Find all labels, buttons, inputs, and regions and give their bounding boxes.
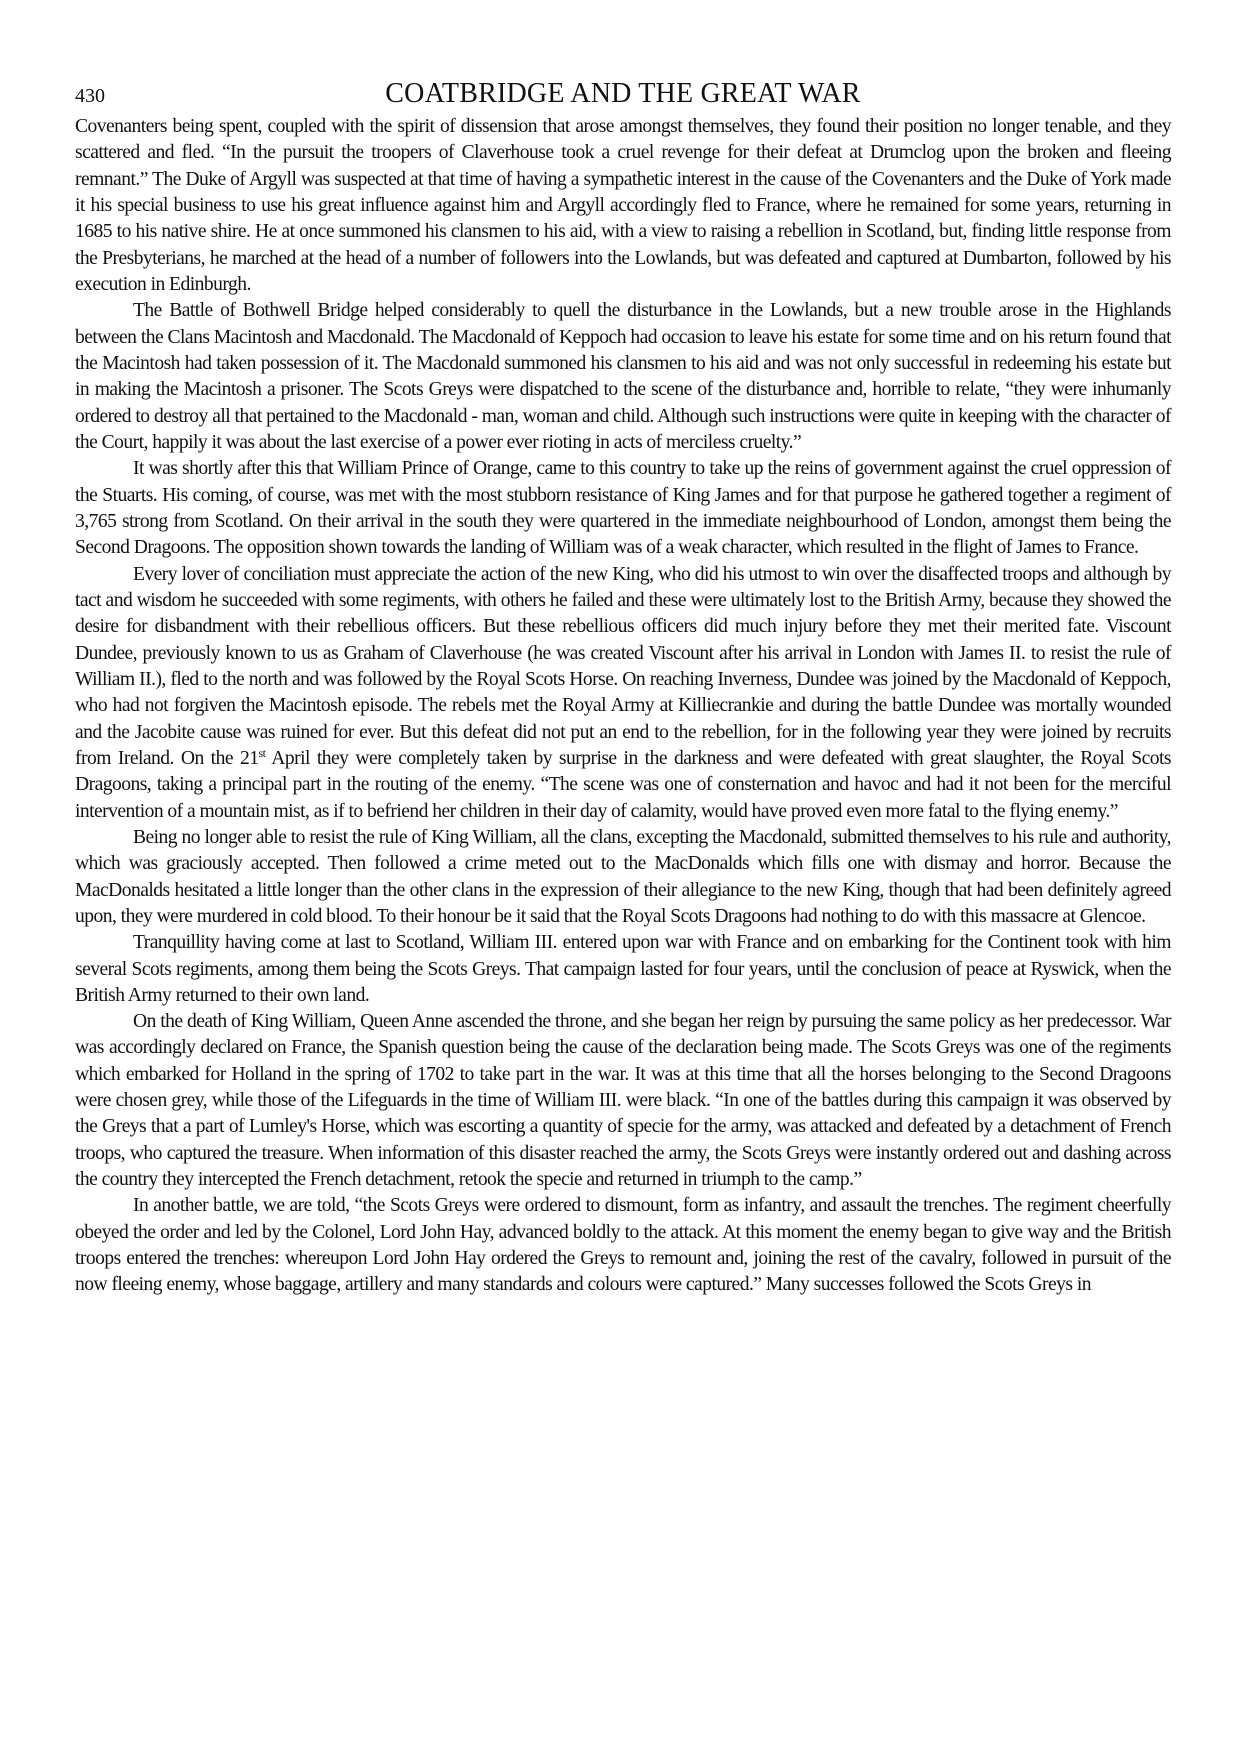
paragraph-william-of-orange: It was shortly after this that William P… (75, 456, 1171, 561)
paragraph-another-battle: In another battle, we are told, “the Sco… (75, 1193, 1171, 1298)
paragraph-text: Every lover of conciliation must appreci… (75, 564, 1171, 769)
paragraph-queen-anne: On the death of King William, Queen Anne… (75, 1009, 1171, 1193)
document-page: 430 COATBRIDGE AND THE GREAT WAR Covenan… (75, 70, 1171, 1299)
paragraph-conciliation: Every lover of conciliation must appreci… (75, 562, 1171, 825)
running-header: 430 COATBRIDGE AND THE GREAT WAR (75, 70, 1171, 114)
paragraph-glencoe: Being no longer able to resist the rule … (75, 825, 1171, 930)
body-text: Covenanters being spent, coupled with th… (75, 114, 1171, 1299)
paragraph-bothwell-bridge: The Battle of Bothwell Bridge helped con… (75, 298, 1171, 456)
paragraph-covenanters: Covenanters being spent, coupled with th… (75, 114, 1171, 298)
paragraph-tranquillity: Tranquillity having come at last to Scot… (75, 930, 1171, 1009)
running-title: COATBRIDGE AND THE GREAT WAR (75, 80, 1171, 108)
